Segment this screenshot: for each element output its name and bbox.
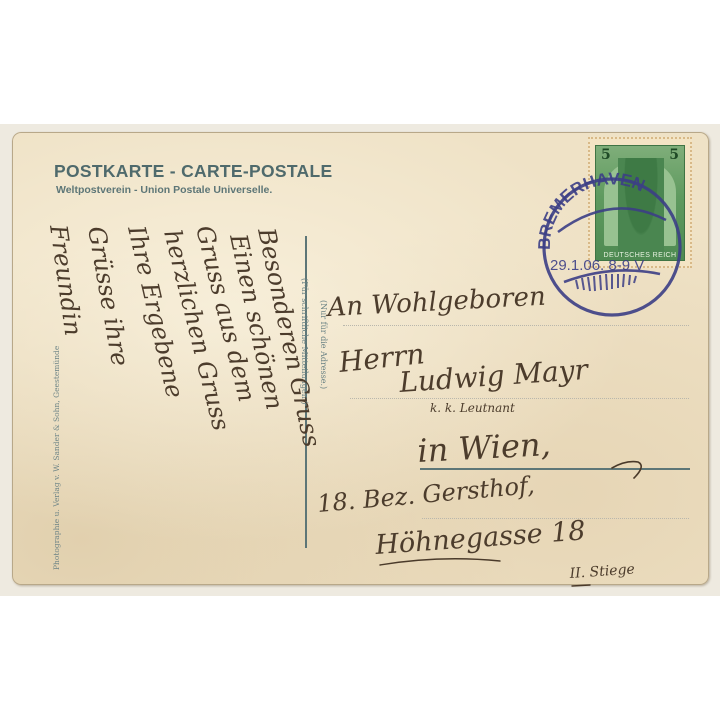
- address-line-1: [343, 325, 689, 326]
- postmark-cancel: BREMERHAVEN 29.1.06. 8-9 V: [528, 172, 698, 322]
- address-line-city: [420, 468, 690, 470]
- publisher-imprint: Photographie u. Verlag v. W. Sander & So…: [52, 346, 61, 570]
- postmark-date: 29.1.06. 8-9 V: [550, 257, 644, 274]
- address-line-4: [422, 518, 689, 519]
- message-side-label: (Für schriftliche Mitteilungen.): [300, 278, 309, 405]
- postcard-subtitle: Weltpostverein - Union Postale Universel…: [56, 184, 272, 196]
- address-line-2: [350, 398, 689, 399]
- stamp-value-left: 5: [601, 147, 611, 163]
- stamp-value-right: 5: [669, 147, 679, 163]
- postcard-title: POSTKARTE - CARTE-POSTALE: [54, 161, 332, 182]
- address-side-label: (Nur für die Adresse.): [319, 300, 328, 389]
